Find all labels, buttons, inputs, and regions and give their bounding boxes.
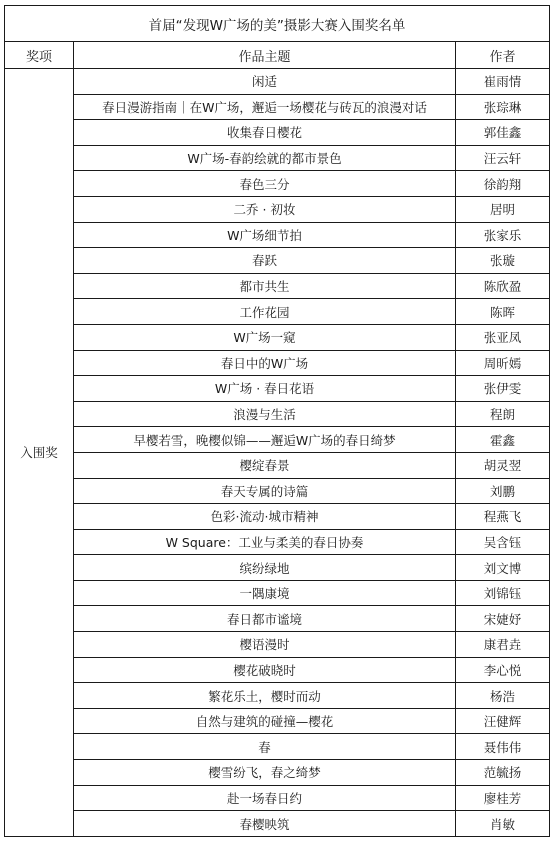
author-cell: 汪云轩 [456,145,550,171]
work-title-cell: 春日都市谧境 [74,606,456,632]
table-row: 早樱若雪，晚樱似锦——邂逅W广场的春日绮梦霍鑫 [5,427,550,453]
table-row: 樱花破晓时李心悦 [5,657,550,683]
table-row: W Square：工业与柔美的春日协奏吴含钰 [5,529,550,555]
header-author: 作者 [456,42,550,69]
table-row: 春樱映筑肖敏 [5,811,550,837]
table-row: 春色三分徐韵翔 [5,171,550,197]
work-title-cell: 自然与建筑的碰撞—樱花 [74,708,456,734]
author-cell: 周昕嫣 [456,350,550,376]
author-cell: 范毓扬 [456,760,550,786]
table-row: 繁花乐土，樱时而动杨浩 [5,683,550,709]
table-header-row: 奖项 作品主题 作者 [5,42,550,69]
work-title-cell: 樱雪纷飞，春之绮梦 [74,760,456,786]
table-row: 樱雪纷飞，春之绮梦范毓扬 [5,760,550,786]
work-title-cell: 春 [74,734,456,760]
table-row: 自然与建筑的碰撞—樱花汪健辉 [5,708,550,734]
work-title-cell: 赴一场春日约 [74,785,456,811]
work-title-cell: 春跃 [74,248,456,274]
work-title-cell: 春日漫游指南｜在W广场，邂逅一场樱花与砖瓦的浪漫对话 [74,94,456,120]
author-cell: 陈晖 [456,299,550,325]
header-work-title: 作品主题 [74,42,456,69]
author-cell: 聂伟伟 [456,734,550,760]
author-cell: 刘文博 [456,555,550,581]
author-cell: 程朗 [456,401,550,427]
author-cell: 肖敏 [456,811,550,837]
author-cell: 宋婕妤 [456,606,550,632]
work-title-cell: W广场一窥 [74,324,456,350]
table-row: 樱绽春景胡灵翌 [5,452,550,478]
table-row: 春跃张璇 [5,248,550,274]
author-cell: 李心悦 [456,657,550,683]
author-cell: 程燕飞 [456,504,550,530]
table-row: W广场 · 春日花语张伊雯 [5,376,550,402]
work-title-cell: 早樱若雪，晚樱似锦——邂逅W广场的春日绮梦 [74,427,456,453]
table-row: 都市共生陈欣盈 [5,273,550,299]
author-cell: 徐韵翔 [456,171,550,197]
work-title-cell: 色彩·流动·城市精神 [74,504,456,530]
author-cell: 陈欣盈 [456,273,550,299]
author-cell: 刘鹏 [456,478,550,504]
work-title-cell: 工作花园 [74,299,456,325]
table-row: 色彩·流动·城市精神程燕飞 [5,504,550,530]
work-title-cell: W Square：工业与柔美的春日协奏 [74,529,456,555]
author-cell: 张亚凤 [456,324,550,350]
author-cell: 杨浩 [456,683,550,709]
author-cell: 居明 [456,196,550,222]
author-cell: 张家乐 [456,222,550,248]
work-title-cell: 闲适 [74,69,456,95]
author-cell: 霍鑫 [456,427,550,453]
author-cell: 张伊雯 [456,376,550,402]
table-row: 入围奖闲适崔雨情 [5,69,550,95]
table-row: W广场-春韵绘就的都市景色汪云轩 [5,145,550,171]
work-title-cell: W广场细节拍 [74,222,456,248]
table-row: 二乔 · 初妆居明 [5,196,550,222]
work-title-cell: 樱花破晓时 [74,657,456,683]
table-row: W广场细节拍张家乐 [5,222,550,248]
work-title-cell: 浪漫与生活 [74,401,456,427]
work-title-cell: 二乔 · 初妆 [74,196,456,222]
table-title-row: 首届“发现W广场的美”摄影大赛入围奖名单 [5,6,550,42]
work-title-cell: 樱绽春景 [74,452,456,478]
author-cell: 康君垚 [456,632,550,658]
author-cell: 汪健辉 [456,708,550,734]
author-cell: 胡灵翌 [456,452,550,478]
table-row: 春聂伟伟 [5,734,550,760]
table-row: 春日漫游指南｜在W广场，邂逅一场樱花与砖瓦的浪漫对话张琮琳 [5,94,550,120]
work-title-cell: 都市共生 [74,273,456,299]
author-cell: 刘锦钰 [456,580,550,606]
work-title-cell: W广场-春韵绘就的都市景色 [74,145,456,171]
finalist-table: 首届“发现W广场的美”摄影大赛入围奖名单 奖项 作品主题 作者 入围奖闲适崔雨情… [4,5,550,837]
work-title-cell: 春日中的W广场 [74,350,456,376]
table-row: 工作花园陈晖 [5,299,550,325]
author-cell: 崔雨情 [456,69,550,95]
table-row: 浪漫与生活程朗 [5,401,550,427]
table-row: W广场一窥张亚凤 [5,324,550,350]
work-title-cell: 春樱映筑 [74,811,456,837]
author-cell: 张琮琳 [456,94,550,120]
table-row: 樱语漫时康君垚 [5,632,550,658]
author-cell: 吴含钰 [456,529,550,555]
table-title: 首届“发现W广场的美”摄影大赛入围奖名单 [5,6,550,42]
table-row: 春日都市谧境宋婕妤 [5,606,550,632]
header-award: 奖项 [5,42,74,69]
work-title-cell: 缤纷绿地 [74,555,456,581]
table-row: 收集春日樱花郭佳鑫 [5,120,550,146]
table-row: 缤纷绿地刘文博 [5,555,550,581]
table-row: 一隅康境刘锦钰 [5,580,550,606]
author-cell: 张璇 [456,248,550,274]
work-title-cell: 一隅康境 [74,580,456,606]
work-title-cell: 春天专属的诗篇 [74,478,456,504]
work-title-cell: 樱语漫时 [74,632,456,658]
work-title-cell: 繁花乐土，樱时而动 [74,683,456,709]
table-row: 春日中的W广场周昕嫣 [5,350,550,376]
work-title-cell: 收集春日樱花 [74,120,456,146]
author-cell: 廖桂芳 [456,785,550,811]
table-row: 春天专属的诗篇刘鹏 [5,478,550,504]
author-cell: 郭佳鑫 [456,120,550,146]
award-category-cell: 入围奖 [5,69,74,837]
work-title-cell: W广场 · 春日花语 [74,376,456,402]
work-title-cell: 春色三分 [74,171,456,197]
table-row: 赴一场春日约廖桂芳 [5,785,550,811]
